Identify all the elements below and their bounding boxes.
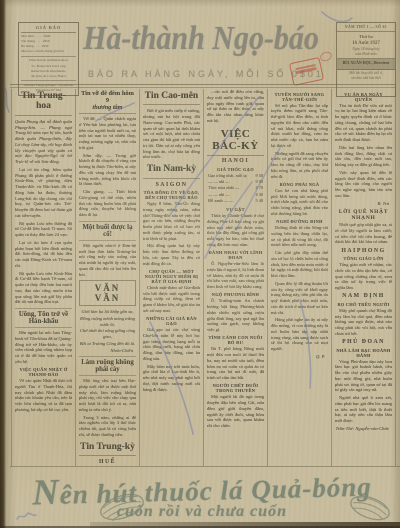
paragraph: Một người lái đò ngủ trong thuyền đậu bế… bbox=[207, 394, 264, 429]
masthead-rule bbox=[10, 84, 396, 85]
page-edge-shadow bbox=[0, 0, 6, 528]
section-header: VIỆC BẮC-KỲ bbox=[207, 126, 264, 156]
column-tin-vo-de: Tin vỡ đê đêm hôm 9thương tâmVỡ đê. — Qu… bbox=[76, 89, 140, 466]
paragraph: Bởi ở giá mến cướp ở xuồng, nhưng mà ba … bbox=[143, 108, 200, 160]
text-line: năm Đinh-mão bbox=[337, 52, 395, 57]
paragraph: Sở mộ phu Tân-đảo lại sắp tuyển thêm ngư… bbox=[271, 103, 328, 149]
section-header: Tin Cao-mên bbox=[143, 89, 200, 105]
city-header: SAIGON bbox=[143, 182, 200, 188]
paragraph: Lại có tin hơn 4 vạn quân phản loạn bởi … bbox=[15, 240, 72, 269]
paragraph: Đường đinh từ cầu Sông-cái xuống bến tàu… bbox=[271, 225, 328, 248]
paragraph: Các phố gần đấy nhân thể xin sở lục lộ c… bbox=[271, 250, 328, 279]
text-line: 16 Août 1927 bbox=[337, 40, 395, 47]
paragraph: Sớm dậy. — Trong giờ khách đi đò chuyến … bbox=[79, 153, 136, 188]
paragraph: Về các quân Nhật đã thái với người Tàu ở… bbox=[15, 378, 72, 413]
small-caps-subhead: TUYỂN NGƯỜI SANG TÂN-THẾ-GIỚI bbox=[271, 92, 328, 102]
small-caps-subhead: TÌNH CẢNH CON NUÔI BỎ ĐI! bbox=[207, 335, 264, 345]
paragraph: Nhời quê góp nhặt gần xa, ai ơi chớ lấy … bbox=[335, 222, 392, 245]
text-line: 46, Rue du Coton, Hanoi bbox=[21, 74, 76, 79]
paragraph: Mấy phố quanh chợ Rồng độ này lắm bọ chó… bbox=[335, 308, 392, 337]
paragraph: Bộ quân Lưu trên Kinh-Hán đi Cư-đã liền … bbox=[15, 271, 72, 306]
small-caps-subhead: TỔNG GIÁO LỚN bbox=[335, 256, 392, 261]
sub-header: LỜI QUÊ NHẶT NHẠNH bbox=[335, 209, 392, 221]
column-tuyen-nguoi: TUYỂN NGƯỜI SANG TÂN-THẾ-GIỚISở mộ phu T… bbox=[268, 89, 332, 466]
paragraph: ...các nơi đê điều còn vững, duy mặt nướ… bbox=[207, 89, 264, 124]
small-caps-subhead: NGHỈ ĐƯỜNG ĐINH bbox=[271, 219, 328, 224]
small-caps-subhead: ĐÁNH NHAU VỚI LÍNH ĐOAN bbox=[207, 250, 264, 260]
news-columns: Tin Trung-hoaQuân Phụng đại nỗ đánh quân… bbox=[11, 89, 396, 466]
paragraph: Người nhà quê ít xem xét, cầm phải bạc g… bbox=[335, 395, 392, 424]
column-vu-an: VỤ ÁN BA NGÀY QUYỀNTòa án tỉnh Đơ vừa xử… bbox=[332, 89, 396, 466]
small-caps-subhead: TÒA ĐỒNG ỦY VỀ GẠO, BẾN CHỢ TRUNG BẢO bbox=[143, 190, 200, 200]
director-line: BÙI XUÂN HỌC, Directeur bbox=[337, 59, 395, 69]
paragraph: Việc này quan hệ đến lệ ngạch thuế đinh … bbox=[335, 170, 392, 199]
red-library-stamp bbox=[289, 57, 324, 86]
address-change-notice: Mỗi khi thay đổi chỗ ở,xin báo nhà báo b… bbox=[337, 70, 395, 83]
paragraph: Ô. Nguyễn-văn-Sửu làm lò rượu lậu ở ngoạ… bbox=[207, 261, 264, 290]
small-caps-subhead: GIÁ THÓC GẠO bbox=[207, 167, 264, 172]
small-caps-subhead: VỤ GẶT bbox=[207, 207, 264, 212]
issue-number-line: NĂM THỨ I — SỐ 61 bbox=[337, 23, 395, 32]
small-caps-subhead: NGƯỜI CHẾT ĐUỐI TRONG THUYỀN bbox=[207, 383, 264, 393]
paragraph: Trong 3 năm, những ai để tâm nghiên cứu … bbox=[79, 415, 136, 438]
sub-header: Làm ruộng không phải cày bbox=[79, 356, 136, 376]
text-line: xin báo nhà báo biết bbox=[338, 76, 394, 81]
rugby-ball-icon bbox=[96, 490, 148, 524]
paragraph: Ngày 8 hôm, Tân-Út: đúng trong ngày mồng… bbox=[143, 201, 200, 241]
issue-date-lines: Thứ ba16 Août 1927Ngày 18 tháng bảynăm Đ… bbox=[337, 32, 395, 59]
column-viec-bac-ky: ...các nơi đê điều còn vững, duy mặt nướ… bbox=[204, 89, 268, 466]
signature: Trần-Thế: Nguyễn-văn-Chức bbox=[335, 426, 392, 431]
small-caps-subhead: BỎNG PHẢI NGÃ bbox=[271, 182, 328, 187]
section-header: Tin Nam-kỳ bbox=[143, 162, 200, 178]
signature: Nhơn-Chiền bbox=[79, 348, 136, 353]
masthead-rule bbox=[10, 87, 396, 88]
paragraph: Dân hai làng kéo nhau lên tỉnh đông lắm,… bbox=[335, 145, 392, 168]
city-header: HAIPHONG bbox=[335, 248, 392, 254]
section-header: thương tâm bbox=[79, 104, 136, 114]
divider bbox=[21, 56, 76, 57]
cigarette-advert: Nên hút thuốc lá Quả-bóng cuốn rồi và ch… bbox=[6, 468, 398, 524]
paragraph: Tòa án tỉnh Đơ vừa xử một vụ án lạ: hai … bbox=[335, 103, 392, 143]
small-caps-subhead: CHỢ QUÁN — MỘT NGƯỜI NGUY HIỂM BỊ BẮT Ở … bbox=[143, 269, 200, 284]
signature: B. Trà bbox=[335, 201, 392, 206]
sub-header: Uông, Tôn trở về Hán-khẩu bbox=[15, 308, 72, 328]
paragraph: Vỡ đê. — Quần chách ngựa ở Yên-bái làm p… bbox=[79, 116, 136, 151]
paragraph: Bộ quân Lưu trên đường đã từ Cư-đã liền … bbox=[15, 221, 72, 238]
paragraph: Quan đốc lý đã ưng thuận lời xin ấy, côn… bbox=[271, 281, 328, 316]
price-cell: 5 40 bbox=[255, 198, 263, 204]
city-header: HANOI bbox=[207, 158, 264, 164]
boxed-header: VĂN VẦN bbox=[79, 280, 136, 306]
paper-subtitle: BÁO RA HÀNG NGÀY, MỖI SỐ 0$01 bbox=[88, 69, 308, 79]
divider bbox=[21, 80, 76, 81]
poem: Giời làm lụt lội khắp gần xa, Đồng ruộng… bbox=[79, 309, 136, 347]
paragraph: Một người nhà-ở ở Đơn-hệ mới làm đơn kiệ… bbox=[79, 243, 136, 278]
paragraph: Bên ngoài lại nói: ban Tổng-binh về Tôn-… bbox=[15, 330, 72, 365]
section-header: Tin Trung-kỳ bbox=[79, 440, 136, 456]
paragraph: Giá gạo tại các chợ vùng Chợ-lớn tuần lễ… bbox=[143, 327, 200, 362]
paragraph: Hội đồng quản hạt kỳ này bàn việc làm th… bbox=[143, 243, 200, 266]
paragraph: Con bé con nhà hàng phở phố Mới bưng nồi… bbox=[271, 188, 328, 217]
small-caps-subhead: VỤ ÁN BA NGÀY QUYỀN bbox=[335, 92, 392, 102]
paragraph: Vùng Phủ-đoan dạo này bọn làm bạc giả ho… bbox=[335, 359, 392, 394]
small-caps-subhead: BỌ CHÓ TRÊU NGƯỜI bbox=[335, 302, 392, 307]
price-cell: Đỗ xanh — — bbox=[208, 198, 233, 204]
column-tin-trung-hoa: Tin Trung-hoaQuân Phụng đại nỗ đánh quân… bbox=[12, 89, 76, 466]
city-header: NAM ĐỊNH bbox=[335, 293, 392, 299]
paragraph: Hàng phố nghe tin ấy ai nấy đều mừng, vì… bbox=[271, 317, 328, 352]
column-tin-cao-men: Tin Cao-mênBởi ở giá mến cướp ở xuồng, n… bbox=[140, 89, 204, 466]
section-header: Tin Trung-hoa bbox=[15, 89, 72, 116]
paragraph: Chính mật-thám sở Gia-định vừa bắt được … bbox=[143, 285, 200, 314]
address-lines: Direction & Administration51, Boulevard … bbox=[21, 58, 76, 78]
text-line: Mua báo cứ nửa tháng giả tiền bbox=[21, 49, 76, 54]
paragraph: Bà T. phố hàng Bông nuôi một đứa con nuô… bbox=[207, 346, 264, 381]
text-line: Direction & Administration bbox=[21, 58, 76, 63]
price-table: Gạo trắng nhất, mỗi tạ9 50— — nhì —9 00T… bbox=[207, 173, 264, 205]
signature: Q. P. bbox=[271, 354, 328, 359]
paragraph: Những người đã sang chuyến trước có gửi … bbox=[271, 151, 328, 180]
lead-paragraph: Quân Phụng đại nỗ đánh quân Phụng-Sơn. —… bbox=[15, 119, 72, 165]
rugby-ball-icon bbox=[346, 492, 394, 524]
paper-title: Hà-thành Ngọ-báo bbox=[78, 13, 324, 63]
paragraph: Một ông chủ trại bên Đại-pháp mới chế ra… bbox=[79, 378, 136, 413]
paragraph: Ô. Trưởng-toán An chánh hương hội làng P… bbox=[207, 298, 264, 333]
section-header: Tin vỡ đê đêm hôm 9 bbox=[79, 90, 136, 104]
city-header: HUẾ bbox=[79, 459, 136, 465]
price-box-title: GIÁ BÁO bbox=[21, 25, 76, 33]
paragraph: Cầu giang. — Tình hình Cửu-giang có thể … bbox=[79, 189, 136, 218]
paragraph: Tổng giáo mới về nhậm, các chức sắc ra đ… bbox=[335, 262, 392, 291]
price-lines: Một năm . . . . . 5$00Sáu tháng . . . . … bbox=[21, 34, 76, 54]
price-row: Đỗ xanh — —5 40 bbox=[207, 198, 264, 204]
paragraph: Mấy hôm nay trời mưa luôn, ghe chở lúa ở… bbox=[143, 364, 200, 393]
small-caps-subhead: NHÀ LÀM BẠC HOÀNH HÀNH bbox=[335, 348, 392, 358]
paragraph: Thừa ủy Chánh-Chanh ở chợ đường Phủ-Lỗ b… bbox=[207, 213, 264, 248]
small-caps-subhead: VIỆC QUÂN NHẬT Ở THANH-ĐẢO bbox=[15, 367, 72, 377]
small-caps-subhead: NGỘ PHƯƠNG BÌNH bbox=[207, 292, 264, 297]
city-header: PHỦ ĐOAN bbox=[335, 339, 392, 345]
small-caps-subhead: NHỮNG CÁI GIÁ BÁN GẠO bbox=[143, 316, 200, 326]
paragraph: Lại có tin rằng: hôm quân Phụng đã phân … bbox=[15, 167, 72, 219]
newspaper-page: GIÁ BÁO Một năm . . . . . 5$00Sáu tháng … bbox=[0, 0, 400, 528]
issue-box: NĂM THỨ I — SỐ 61 Thứ ba16 Août 1927Ngày… bbox=[336, 22, 396, 97]
sub-header: Một buổi được lạ cố! bbox=[79, 221, 136, 241]
